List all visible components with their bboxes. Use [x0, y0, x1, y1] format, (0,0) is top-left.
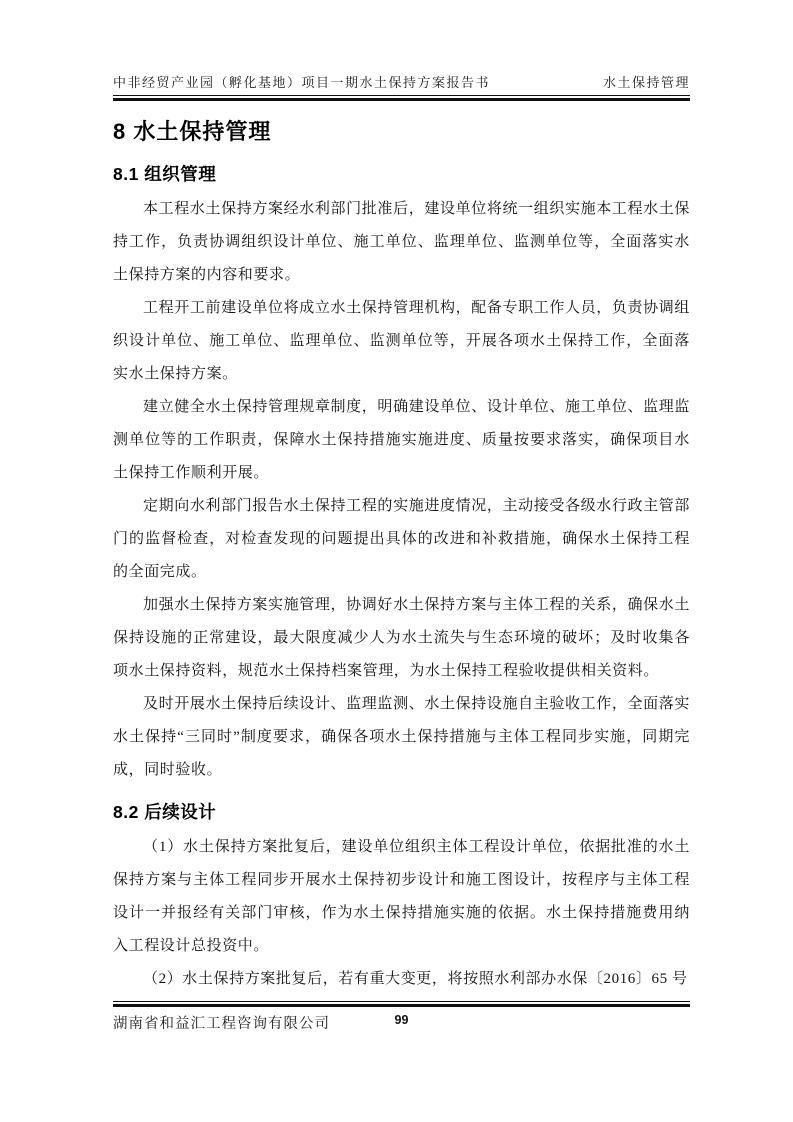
header-rule — [113, 95, 690, 101]
document-page: 中非经贸产业园（孵化基地）项目一期水土保持方案报告书 水土保持管理 8 水土保持… — [0, 0, 793, 1122]
paragraph: 建立健全水土保持管理规章制度，明确建设单位、设计单位、施工单位、监理监测单位等的… — [113, 391, 690, 490]
chapter-title: 8 水土保持管理 — [113, 117, 690, 147]
paragraph: 及时开展水土保持后续设计、监理监测、水土保持设施自主验收工作，全面落实水土保持“… — [113, 688, 690, 787]
section-8-1-body: 本工程水土保持方案经水利部门批准后，建设单位将统一组织实施本工程水土保持工作，负… — [113, 193, 690, 787]
paragraph: （2）水土保持方案批复后，若有重大变更，将按照水利部办水保〔2016〕65 号 — [113, 963, 690, 996]
header-left-title: 中非经贸产业园（孵化基地）项目一期水土保持方案报告书 — [113, 72, 490, 91]
paragraph: 工程开工前建设单位将成立水土保持管理机构，配备专职工作人员，负责协调组织设计单位… — [113, 292, 690, 391]
section-8-2-body: （1）水土保持方案批复后，建设单位组织主体工程设计单位，依据批准的水土保持方案与… — [113, 831, 690, 996]
page-header: 中非经贸产业园（孵化基地）项目一期水土保持方案报告书 水土保持管理 — [113, 72, 690, 91]
page-number: 99 — [113, 1013, 690, 1027]
paragraph: 定期向水利部门报告水土保持工程的实施进度情况，主动接受各级水行政主管部门的监督检… — [113, 490, 690, 589]
page-content: 中非经贸产业园（孵化基地）项目一期水土保持方案报告书 水土保持管理 8 水土保持… — [113, 0, 690, 996]
paragraph: 加强水土保持方案实施管理，协调好水土保持方案与主体工程的关系，确保水土保持设施的… — [113, 589, 690, 688]
page-footer: 湖南省和益汇工程咨询有限公司 99 — [113, 1001, 690, 1032]
header-right-section: 水土保持管理 — [603, 72, 690, 91]
section-heading-8-2: 8.2 后续设计 — [113, 799, 690, 825]
paragraph: 本工程水土保持方案经水利部门批准后，建设单位将统一组织实施本工程水土保持工作，负… — [113, 193, 690, 292]
paragraph: （1）水土保持方案批复后，建设单位组织主体工程设计单位，依据批准的水土保持方案与… — [113, 831, 690, 963]
footer-row: 湖南省和益汇工程咨询有限公司 99 — [113, 1012, 690, 1032]
footer-rule — [113, 1001, 690, 1007]
section-heading-8-1: 8.1 组织管理 — [113, 161, 690, 187]
